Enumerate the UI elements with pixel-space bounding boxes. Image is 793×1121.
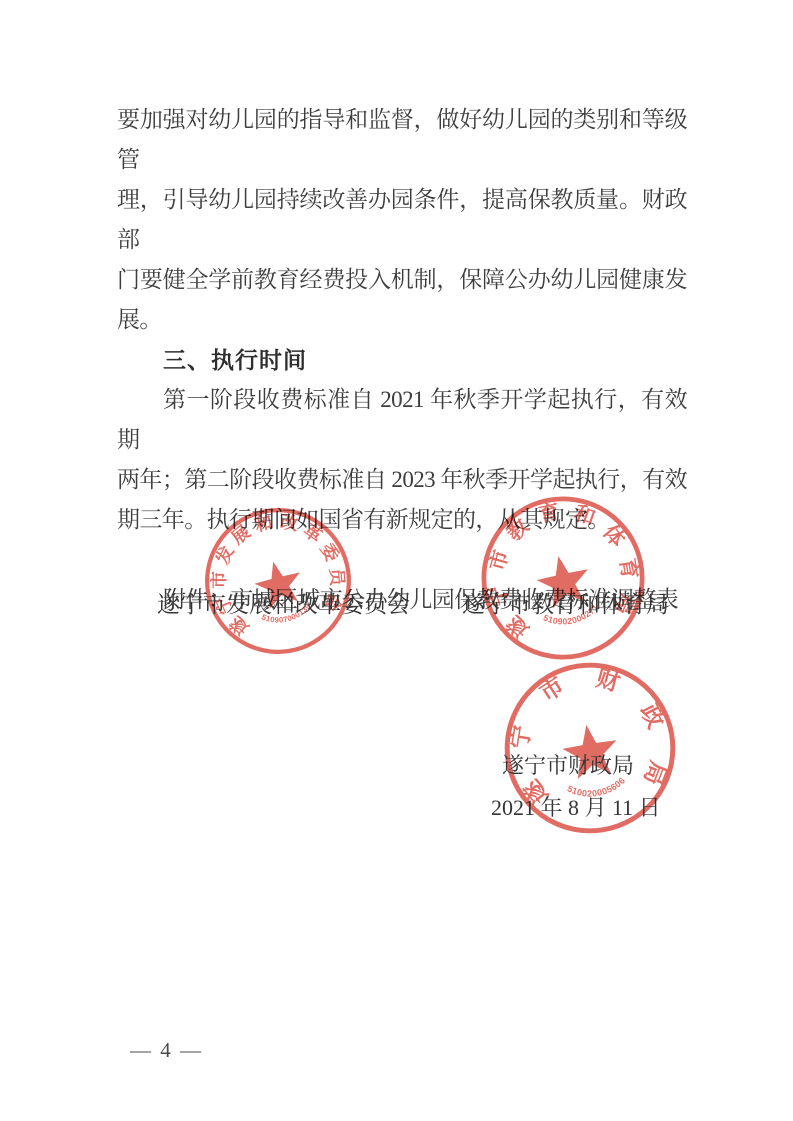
seal-character: 体 [598,520,630,551]
paragraph-line: 理，引导幼儿园持续改善办园条件，提高保教质量。财政部 [117,180,687,260]
seal-character: 市 [535,672,569,707]
paragraph-line: 展。 [117,300,687,340]
section-heading: 三、执行时间 [117,340,687,380]
document-page: 要加强对幼儿园的指导和监督，做好幼儿园的类别和等级管 理，引导幼儿园持续改善办园… [0,0,793,1121]
seal-character: 政 [636,700,670,733]
paragraph-line: 第一阶段收费标准自 2021 年秋季开学起执行，有效期 [117,380,687,460]
seal-character: 育 [615,557,642,581]
seal-character: 员 [326,567,347,587]
signature-date: 2021 年 8 月 11 日 [491,793,661,823]
seal-character: 育 [537,499,562,527]
seal-character: 改 [279,510,301,534]
signature-org-education-sports-bureau: 遂宁市教育和体育局 [462,590,669,620]
paragraph-line: 要加强对幼儿园的指导和监督，做好幼儿园的类别和等级管 [117,100,687,180]
signature-org-finance-bureau: 遂宁市财政局 [502,751,634,781]
signature-org-development-reform-commission: 遂宁市发展和改革委员会 [157,590,410,620]
seal-character: 市 [208,571,229,589]
seal-character: 宁 [506,723,535,750]
page-number: — 4 — [130,1038,203,1063]
seal-character: 和 [253,512,275,536]
paragraph-line: 门要健全学前教育经费投入机制，保障公办幼儿园健康发 [117,260,687,300]
seal-character: 教 [502,514,534,546]
seal-character: 财 [593,665,623,696]
